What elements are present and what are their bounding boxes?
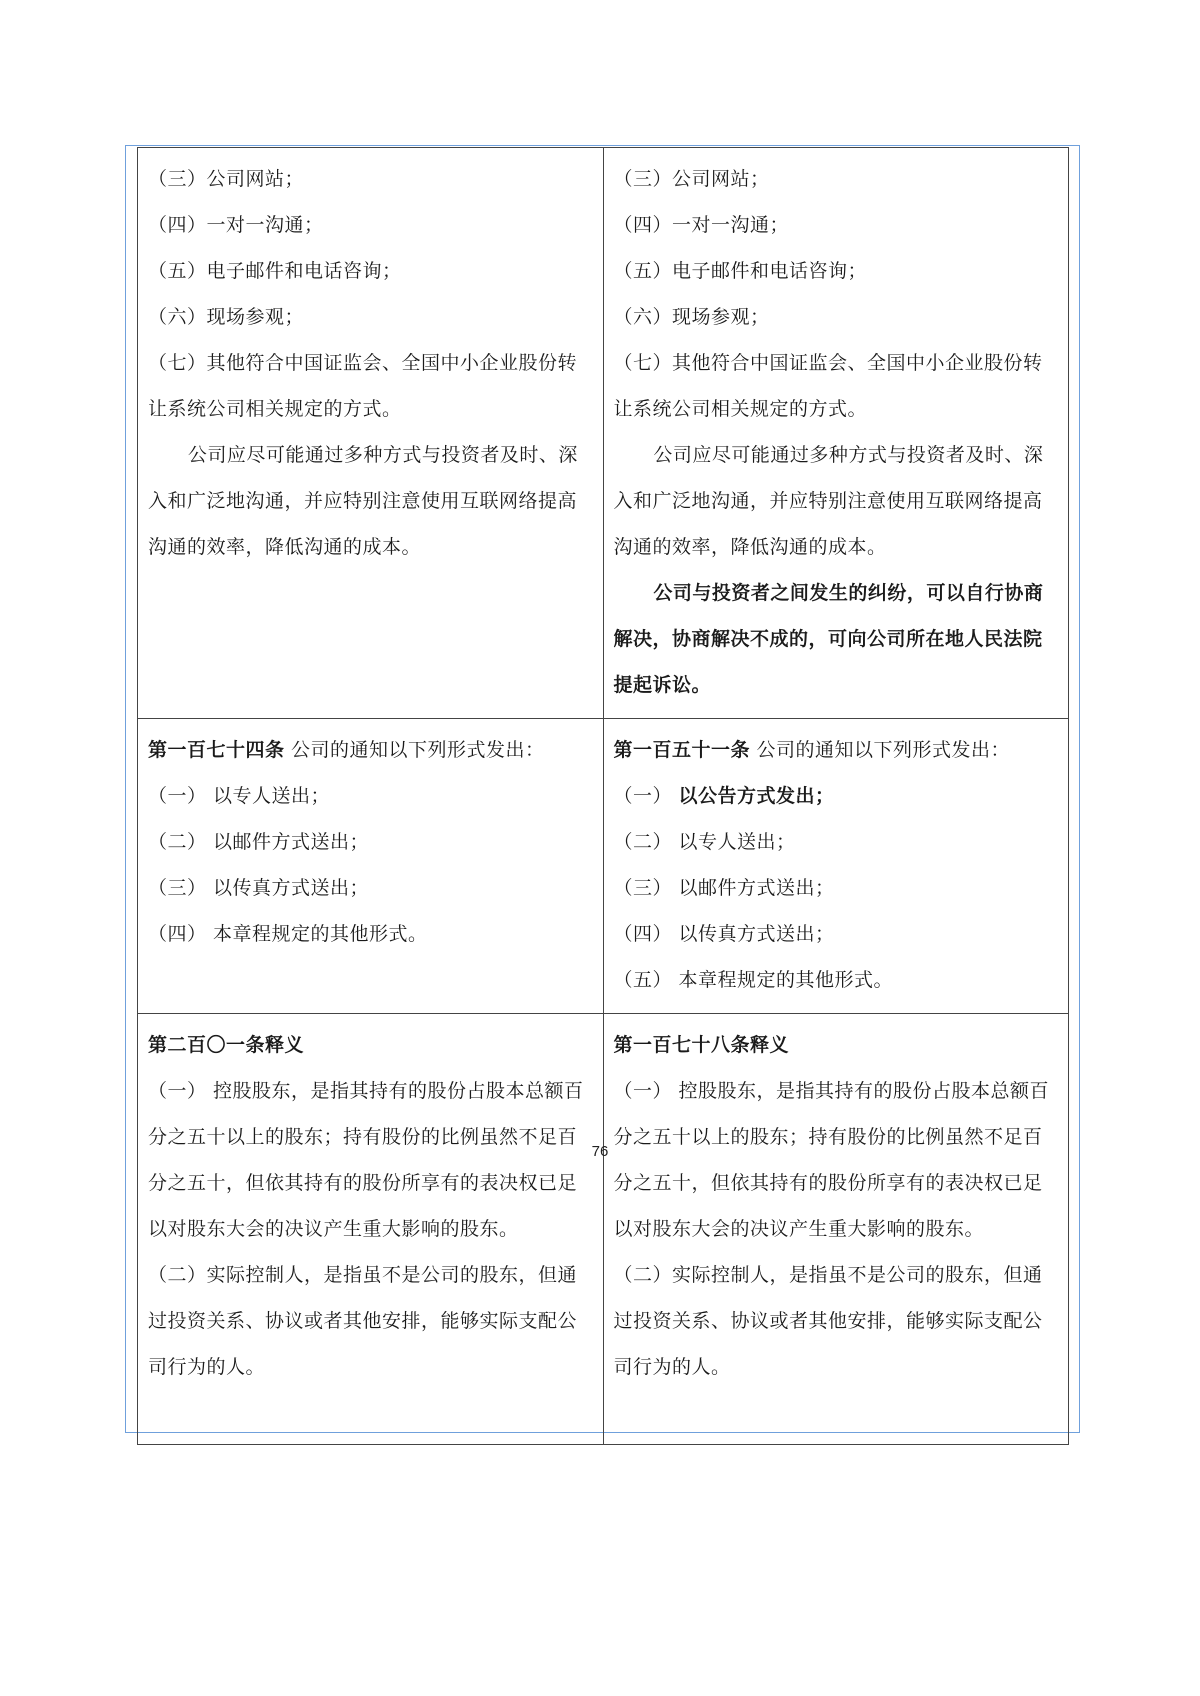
list-item: （二） 以邮件方式送出； [148, 819, 593, 865]
definition-item: （二）实际控制人，是指虽不是公司的股东，但通过投资关系、协议或者其他安排，能够实… [614, 1252, 1059, 1390]
article-heading: 第一百七十八条释义 [614, 1022, 1059, 1068]
list-item: （四） 以传真方式送出； [614, 911, 1059, 957]
article-heading-text: 公司的通知以下列形式发出： [285, 739, 545, 761]
list-item: （三）公司网站； [614, 156, 1059, 202]
list-item: （五）电子邮件和电话咨询； [614, 248, 1059, 294]
table-row: 第二百〇一条释义 （一） 控股股东，是指其持有的股份占股本总额百分之五十以上的股… [138, 1014, 1069, 1445]
list-item-prefix: （一） [614, 785, 679, 807]
article-number: 第一百五十一条 [614, 739, 751, 761]
list-item: （四）一对一沟通； [614, 202, 1059, 248]
list-item: （七）其他符合中国证监会、全国中小企业股份转让系统公司相关规定的方式。 [148, 340, 593, 432]
added-list-item: 以公告方式发出； [679, 785, 835, 807]
list-item: （四） 本章程规定的其他形式。 [148, 911, 593, 957]
table-row: （三）公司网站； （四）一对一沟通； （五）电子邮件和电话咨询； （六）现场参观… [138, 148, 1069, 719]
paragraph: 公司应尽可能通过多种方式与投资者及时、深入和广泛地沟通，并应特别注意使用互联网络… [614, 432, 1059, 570]
original-cell: 第一百七十四条 公司的通知以下列形式发出： （一） 以专人送出； （二） 以邮件… [138, 719, 604, 1014]
list-item: （五）电子邮件和电话咨询； [148, 248, 593, 294]
list-item: （三） 以传真方式送出； [148, 865, 593, 911]
original-cell: 第二百〇一条释义 （一） 控股股东，是指其持有的股份占股本总额百分之五十以上的股… [138, 1014, 604, 1445]
article-heading-text: 公司的通知以下列形式发出： [750, 739, 1010, 761]
list-item: （四）一对一沟通； [148, 202, 593, 248]
page-number: 76 [0, 1143, 1200, 1160]
list-item: （六）现场参观； [148, 294, 593, 340]
list-item: （三）公司网站； [148, 156, 593, 202]
article-heading: 第一百五十一条 公司的通知以下列形式发出： [614, 727, 1059, 773]
list-item: （一） 以公告方式发出； [614, 773, 1059, 819]
definition-item: （一） 控股股东，是指其持有的股份占股本总额百分之五十以上的股东；持有股份的比例… [148, 1068, 593, 1252]
revised-cell: （三）公司网站； （四）一对一沟通； （五）电子邮件和电话咨询； （六）现场参观… [603, 148, 1069, 719]
revised-cell: 第一百五十一条 公司的通知以下列形式发出： （一） 以公告方式发出； （二） 以… [603, 719, 1069, 1014]
list-item: （二） 以专人送出； [614, 819, 1059, 865]
article-heading: 第二百〇一条释义 [148, 1022, 593, 1068]
comparison-table: （三）公司网站； （四）一对一沟通； （五）电子邮件和电话咨询； （六）现场参观… [137, 147, 1069, 1445]
list-item: （一） 以专人送出； [148, 773, 593, 819]
table-row: 第一百七十四条 公司的通知以下列形式发出： （一） 以专人送出； （二） 以邮件… [138, 719, 1069, 1014]
list-item: （六）现场参观； [614, 294, 1059, 340]
revised-cell: 第一百七十八条释义 （一） 控股股东，是指其持有的股份占股本总额百分之五十以上的… [603, 1014, 1069, 1445]
list-item: （三） 以邮件方式送出； [614, 865, 1059, 911]
original-cell: （三）公司网站； （四）一对一沟通； （五）电子邮件和电话咨询； （六）现场参观… [138, 148, 604, 719]
paragraph: 公司应尽可能通过多种方式与投资者及时、深入和广泛地沟通，并应特别注意使用互联网络… [148, 432, 593, 570]
list-item: （七）其他符合中国证监会、全国中小企业股份转让系统公司相关规定的方式。 [614, 340, 1059, 432]
definition-item: （二）实际控制人，是指虽不是公司的股东，但通过投资关系、协议或者其他安排，能够实… [148, 1252, 593, 1390]
added-paragraph: 公司与投资者之间发生的纠纷，可以自行协商解决，协商解决不成的，可向公司所在地人民… [614, 570, 1059, 708]
article-heading: 第一百七十四条 公司的通知以下列形式发出： [148, 727, 593, 773]
article-number: 第一百七十四条 [148, 739, 285, 761]
list-item: （五） 本章程规定的其他形式。 [614, 957, 1059, 1003]
definition-item: （一） 控股股东，是指其持有的股份占股本总额百分之五十以上的股东；持有股份的比例… [614, 1068, 1059, 1252]
